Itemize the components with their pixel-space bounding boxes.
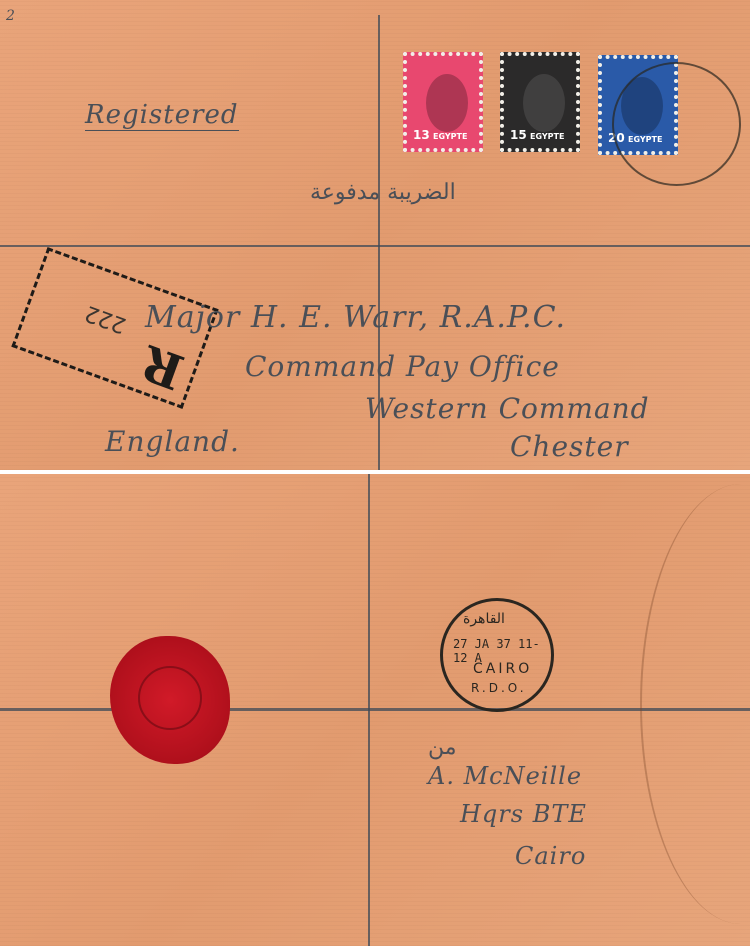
registered-note: Registered <box>85 100 239 131</box>
sender-line-1: من <box>428 735 457 760</box>
postmark-front <box>612 62 741 186</box>
corner-mark: 2 <box>6 8 16 24</box>
address-line-1: Major H. E. Warr, R.A.P.C. <box>145 300 566 335</box>
stamp-13-mills: 13EGYPTE <box>403 52 483 152</box>
address-line-3: Western Command <box>365 392 650 425</box>
flap-edge <box>640 484 750 924</box>
horizontal-crease-line <box>0 245 750 247</box>
stamp-15-mills: 15EGYPTE <box>500 52 580 152</box>
cairo-postmark: القاهرة 27 JA 37 11-12 A CAIRO R.D.O. <box>440 598 554 712</box>
sender-line-4: Cairo <box>515 842 586 870</box>
sender-line-2: A. McNeille <box>428 762 582 790</box>
sender-line-3: Hqrs BTE <box>460 800 587 828</box>
address-line-2: Command Pay Office <box>245 350 560 383</box>
address-line-4: Chester <box>510 430 629 463</box>
address-line-5: England. <box>105 425 240 458</box>
envelope-front: 2 Registered الضريبة مدفوعة 13EGYPTE 15E… <box>0 0 750 470</box>
arabic-note: الضريبة مدفوعة <box>310 180 456 205</box>
